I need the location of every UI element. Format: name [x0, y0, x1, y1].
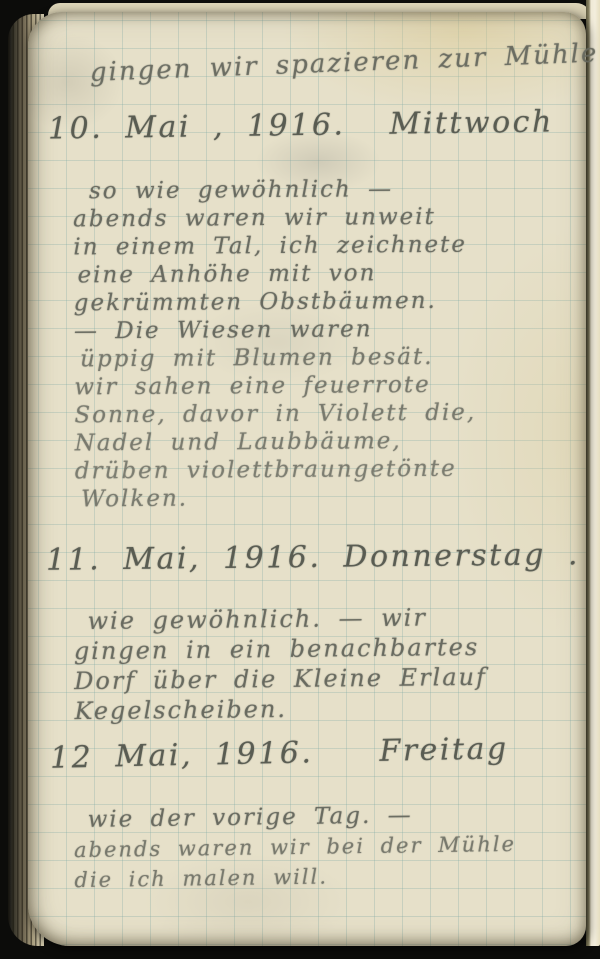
handwritten-line: gekrümmten Obstbäumen.: [74, 287, 476, 318]
handwritten-line: in einem Tal, ich zeichnete: [73, 231, 475, 262]
handwritten-line: Dorf über die Kleine Erlauf: [74, 662, 487, 696]
handwritten-line: abends waren wir unweit: [73, 203, 475, 234]
handwritten-line: wie gewöhnlich. — wir: [73, 602, 486, 636]
handwritten-line: gingen in ein benachbartes: [74, 632, 487, 666]
continuation-line: gingen wir spazieren zur Mühle: [89, 38, 598, 88]
entry-date-line: 10. Mai , 1916. Mittwoch: [48, 104, 554, 146]
entry-paragraph: so wie gewöhnlich — abends waren wir unw…: [73, 175, 477, 514]
handwritten-line: Sonne, davor in Violett die,: [74, 399, 476, 430]
handwritten-line: die ich malen will.: [74, 859, 516, 895]
entry-paragraph: wie der vorige Tag. — abends waren wir b…: [73, 799, 516, 895]
handwritten-line: Nadel und Laubbäume,: [75, 427, 477, 458]
handwritten-line: Kegelscheiben.: [74, 692, 487, 726]
handwritten-line: so wie gewöhnlich —: [73, 175, 475, 206]
handwritten-line: drüben violettbraungetönte: [75, 455, 477, 486]
handwritten-line: Wolken.: [75, 483, 477, 514]
next-page-edge: [586, 0, 600, 946]
handwritten-line: eine Anhöhe mit von: [73, 259, 475, 290]
entry-date-line: 12 Mai, 1916. Freitag: [50, 731, 509, 776]
handwritten-line: — Die Wiesen waren: [74, 315, 476, 346]
entry-date-line: 11. Mai, 1916. Donnerstag .: [46, 537, 580, 578]
entry-paragraph: wie gewöhnlich. — wir gingen in ein bena…: [73, 602, 487, 726]
handwritten-line: wir sahen eine feuerrote: [74, 371, 476, 402]
notebook-page: gingen wir spazieren zur Mühle 10. Mai ,…: [28, 12, 586, 946]
photo-background: gingen wir spazieren zur Mühle 10. Mai ,…: [0, 0, 600, 959]
handwritten-line: üppig mit Blumen besät.: [74, 343, 476, 374]
